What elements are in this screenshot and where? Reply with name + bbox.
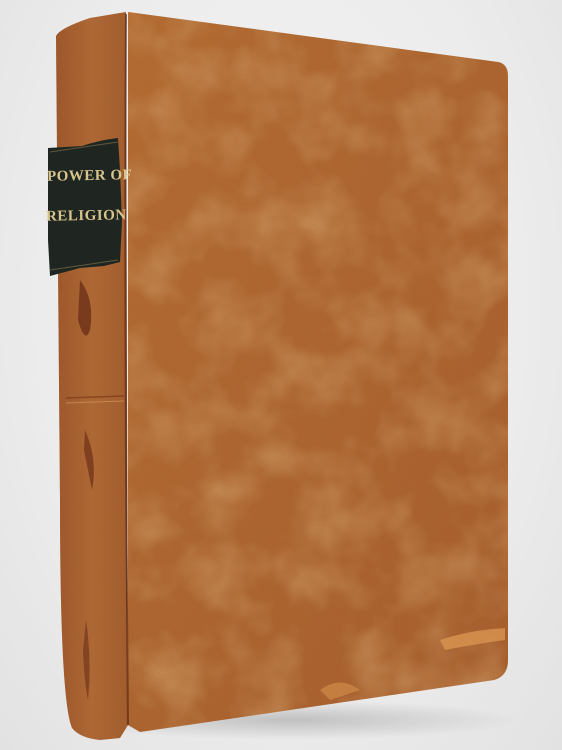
spine-title-line2: RELIGION — [46, 207, 127, 225]
spine — [56, 12, 128, 740]
spine-title-line1: POWER OF — [47, 167, 133, 185]
front-cover — [128, 12, 508, 732]
book — [0, 0, 562, 750]
